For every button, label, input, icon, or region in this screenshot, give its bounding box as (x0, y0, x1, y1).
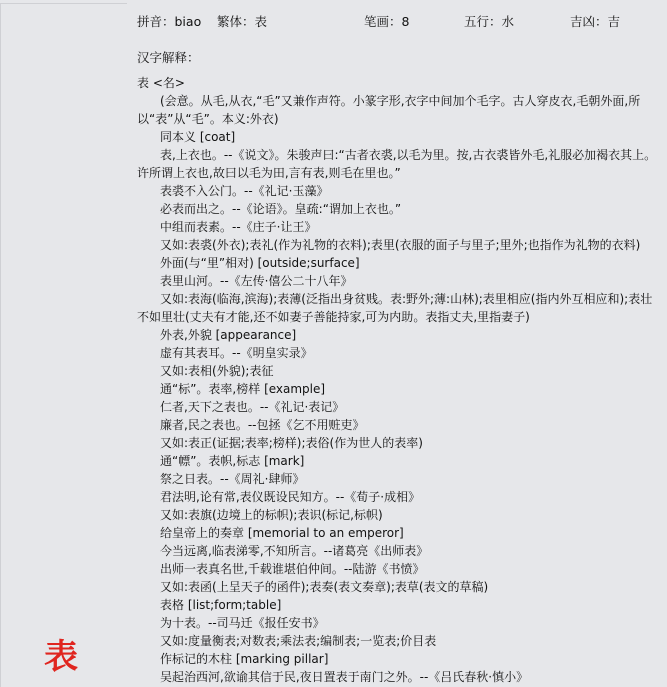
definition-line: 给皇帝上的奏章 [memorial to an emperor] (137, 524, 662, 542)
definition-line: 通“标”。表率,榜样 [example] (137, 380, 662, 398)
definition-entries: 表 <名>(会意。从毛,从衣,“毛”又兼作声符。小篆字形,衣字中间加个毛字。古人… (137, 74, 662, 686)
fortune-label: 吉凶：吉 (570, 12, 620, 30)
definition-line: 又如:表正(证据;表率;榜样);表俗(作为世人的表率) (137, 434, 662, 452)
definition-line: 又如:表海(临海,滨海);表薄(泛指出身贫贱。表:野外;薄:山林);表里相应(指… (137, 290, 662, 326)
traditional-label: 繁体：表 (217, 12, 267, 30)
definition-line: 作标记的木柱 [marking pillar] (137, 650, 662, 668)
definition-line: 廉者,民之表也。--包拯《乞不用赃吏》 (137, 416, 662, 434)
info-row: 拼音：biao 繁体：表 笔画：8 五行：水 吉凶：吉 (137, 12, 667, 30)
definition-line: 同本义 [coat] (137, 128, 662, 146)
definition-line: 表,上衣也。--《说文》。朱骏声曰:“古者衣裘,以毛为里。按,古衣裘皆外毛,礼服… (137, 146, 662, 182)
definition-line: 表格 [list;form;table] (137, 596, 662, 614)
definition-line: 为十表。--司马迁《报任安书》 (137, 614, 662, 632)
left-panel (0, 3, 127, 687)
definition-line: 中组而表素。--《庄子·让王》 (137, 218, 662, 236)
definition-line: 祭之日表。--《周礼·肆师》 (137, 470, 662, 488)
definition-line: 又如:表相(外貌);表征 (137, 362, 662, 380)
section-label: 汉字解释： (137, 48, 200, 66)
definition-line: 外表,外貌 [appearance] (137, 326, 662, 344)
definition-line: 外面(与“里”相对) [outside;surface] (137, 254, 662, 272)
five-elements-label: 五行：水 (464, 12, 514, 30)
definition-line: 出师一表真名世,千载谁堪伯仲间。--陆游《书愤》 (137, 560, 662, 578)
definition-line: 仁者,天下之表也。--《礼记·表记》 (137, 398, 662, 416)
definition-line: 必表而出之。--《论语》。皇疏:“谓加上衣也。” (137, 200, 662, 218)
definition-line: 君法明,论有常,表仪既设民知方。--《荀子·成相》 (137, 488, 662, 506)
pinyin-label: 拼音：biao (137, 12, 201, 30)
definition-line: 虚有其表耳。--《明皇实录》 (137, 344, 662, 362)
strokes-label: 笔画：8 (364, 12, 409, 30)
definition-line: (会意。从毛,从衣,“毛”又兼作声符。小篆字形,衣字中间加个毛字。古人穿皮衣,毛… (137, 92, 662, 128)
definition-line: 表里山河。--《左传·僖公二十八年》 (137, 272, 662, 290)
definition-line: 又如:度量衡表;对数表;乘法表;编制表;一览表;价目表 (137, 632, 662, 650)
definition-line: 表裘不入公门。--《礼记·玉藻》 (137, 182, 662, 200)
definition-line: 又如:表旗(边境上的标帜);表识(标记,标帜) (137, 506, 662, 524)
definition-line: 通“幖”。表帜,标志 [mark] (137, 452, 662, 470)
definition-line: 又如:表裘(外衣);表礼(作为礼物的衣料);表里(衣服的面子与里子;里外;也指作… (137, 236, 662, 254)
character-display: 表 (44, 637, 78, 677)
definition-line: 今当远离,临表涕零,不知所言。--诸葛亮《出师表》 (137, 542, 662, 560)
definition-line: 又如:表函(上呈天子的函件);表奏(表文奏章);表草(表文的草稿) (137, 578, 662, 596)
definition-line: 吴起治西河,欲谕其信于民,夜日置表于南门之外。--《吕氏春秋·慎小》 (137, 668, 662, 686)
entry-heading: 表 <名> (137, 74, 662, 92)
